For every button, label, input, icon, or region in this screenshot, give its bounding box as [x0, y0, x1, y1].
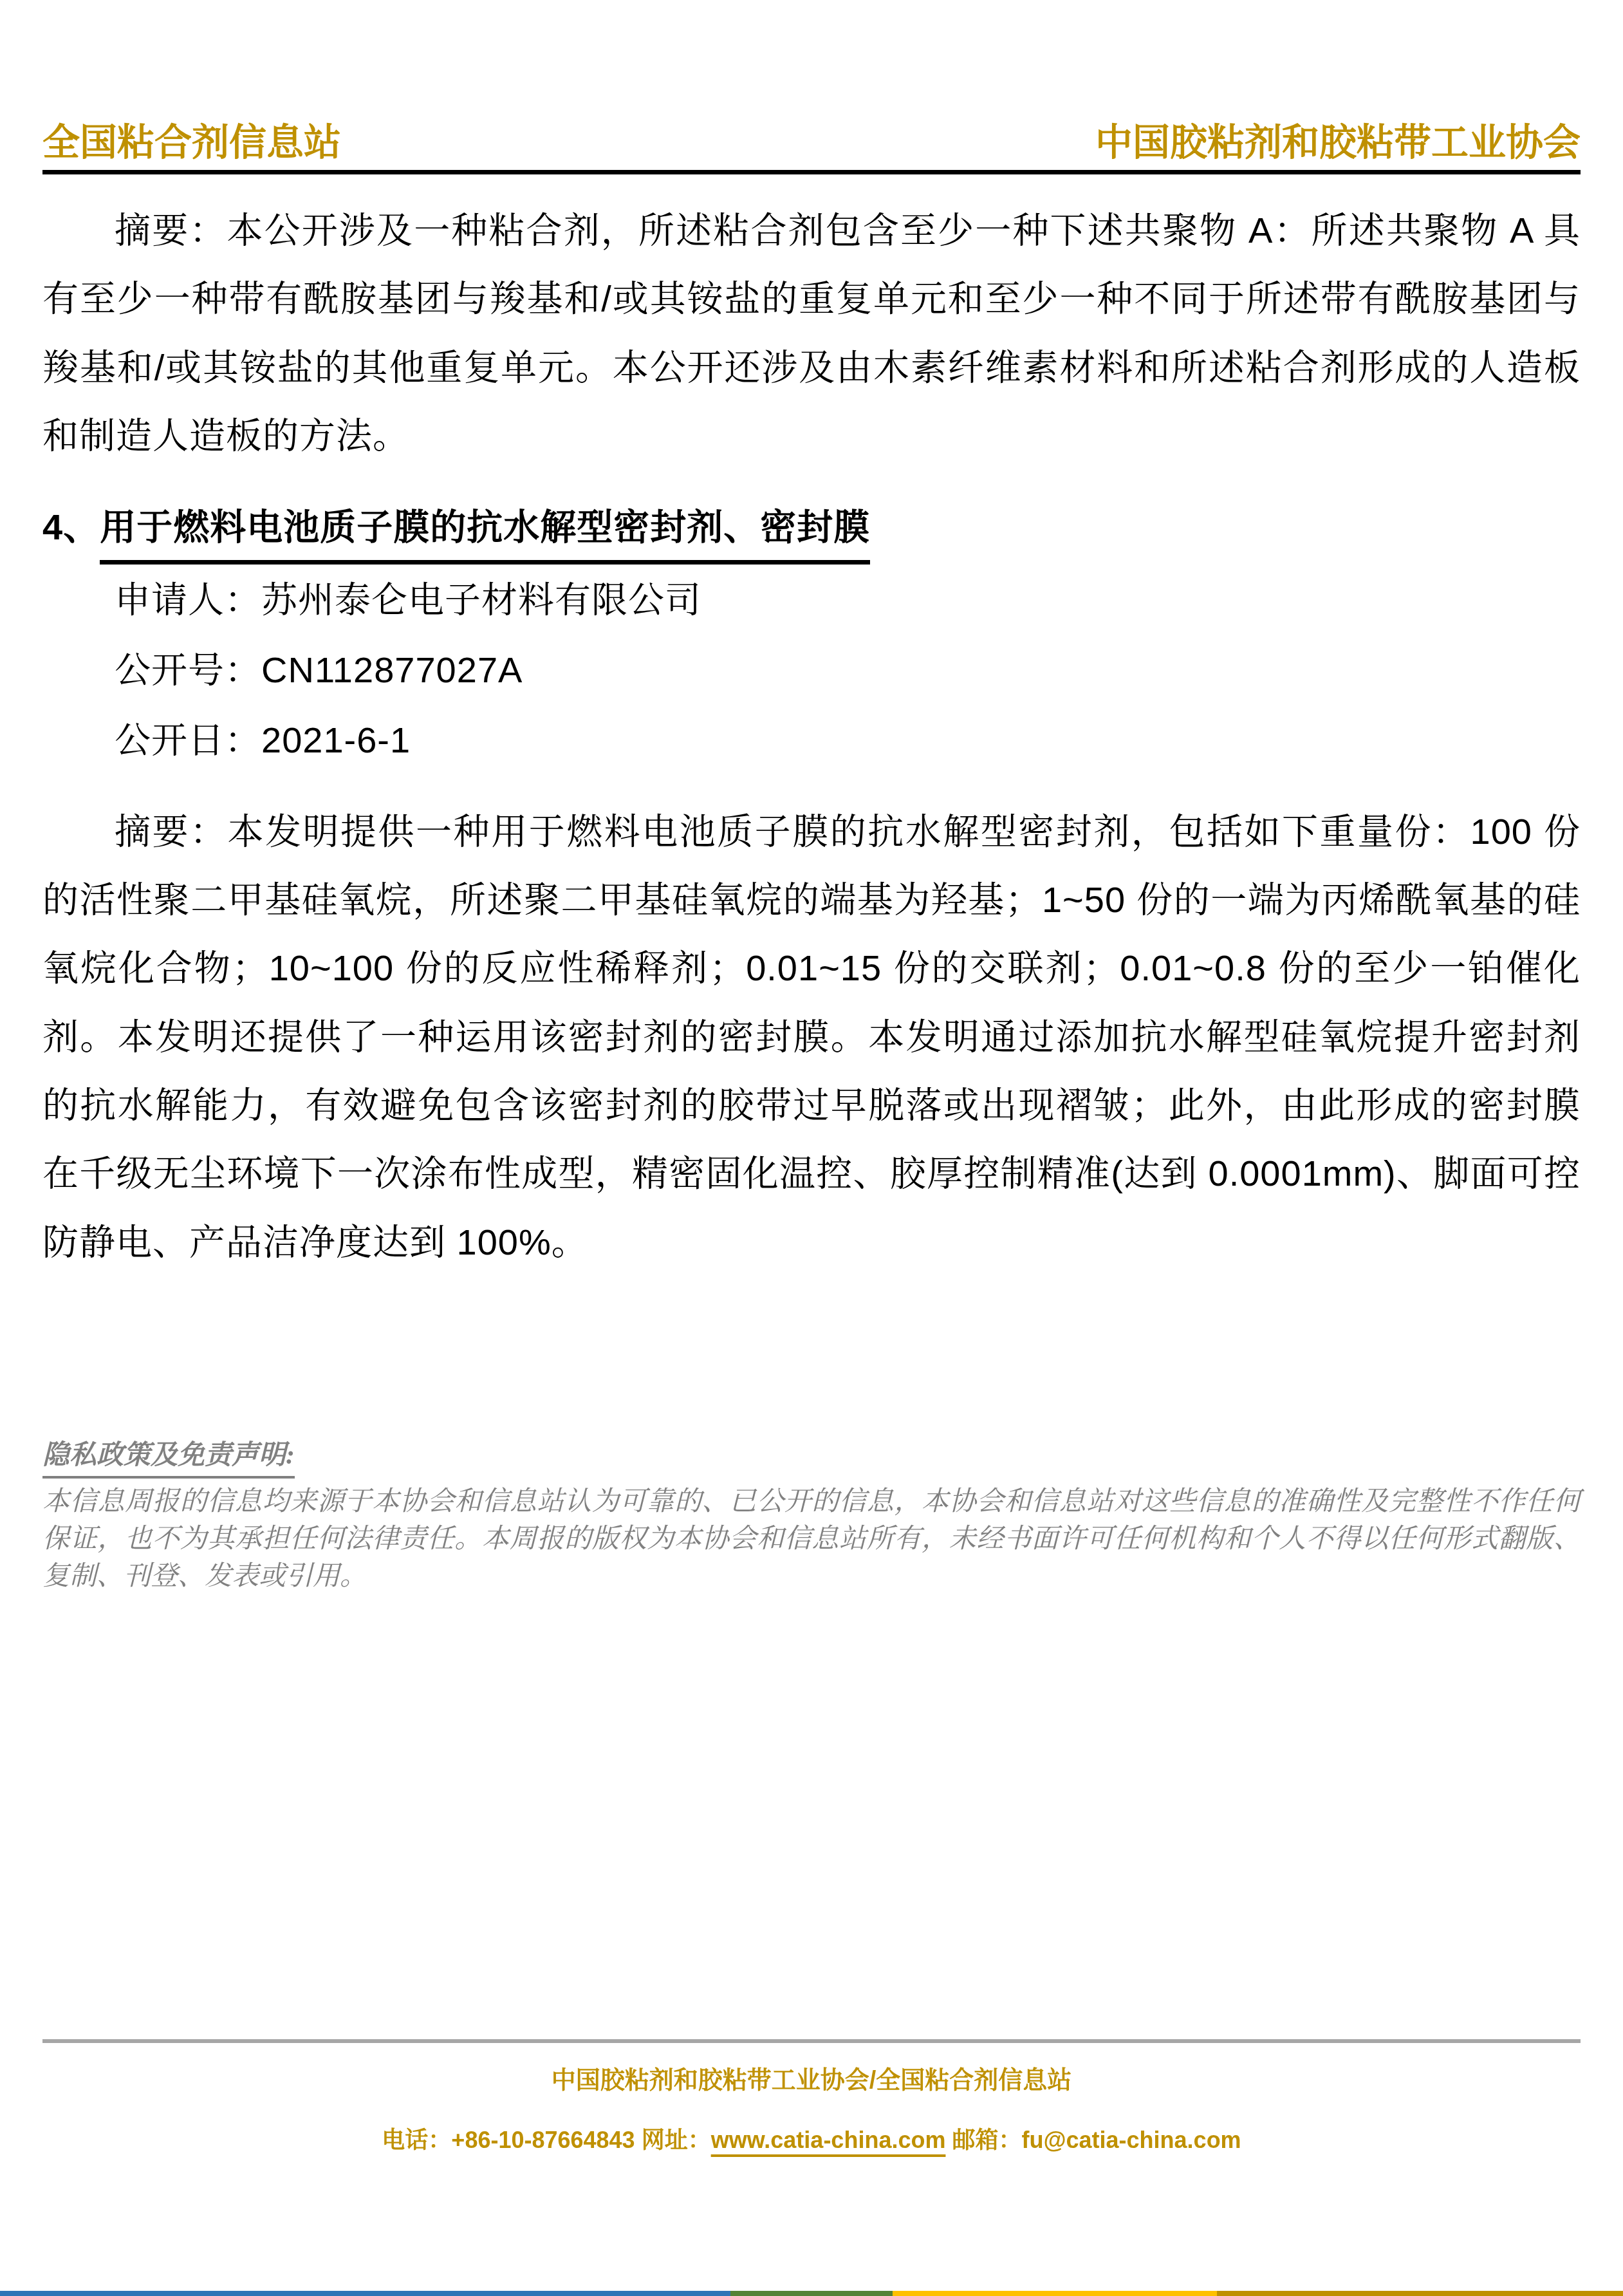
page-header: 全国粘合剂信息站 中国胶粘剂和胶粘带工业协会	[42, 122, 1581, 174]
document-body: 摘要：本公开涉及一种粘合剂，所述粘合剂包含至少一种下述共聚物 A：所述共聚物 A…	[42, 196, 1581, 1596]
patent-4-number: 4、	[42, 507, 100, 547]
header-left-title: 全国粘合剂信息站	[42, 122, 341, 163]
footer-divider	[42, 2039, 1581, 2043]
applicant-label: 申请人：	[115, 579, 261, 620]
previous-patent-abstract: 摘要：本公开涉及一种粘合剂，所述粘合剂包含至少一种下述共聚物 A：所述共聚物 A…	[42, 196, 1581, 471]
header-row: 全国粘合剂信息站 中国胶粘剂和胶粘带工业协会	[42, 122, 1581, 163]
website-link[interactable]: www.catia-china.com	[711, 2127, 946, 2153]
spacer-2	[945, 2127, 952, 2153]
publication-date-value: 2021-6-1	[261, 720, 411, 760]
patent-4-abstract: 摘要：本发明提供一种用于燃料电池质子膜的抗水解型密封剂，包括如下重量份：100 …	[42, 798, 1581, 1277]
strip-segment-olive	[1217, 2291, 1623, 2296]
footer-contact-line: 电话：+86-10-87664843 网址：www.catia-china.co…	[42, 2122, 1581, 2155]
patent-4-heading: 4、用于燃料电池质子膜的抗水解型密封剂、密封膜	[42, 498, 1581, 565]
applicant-value: 苏州泰仑电子材料有限公司	[261, 579, 701, 620]
strip-segment-blue	[0, 2291, 730, 2296]
website-label: 网址：	[642, 2127, 711, 2153]
email-label: 邮箱：	[952, 2127, 1021, 2153]
footer-organization: 中国胶粘剂和胶粘带工业协会/全国粘合剂信息站	[42, 2060, 1581, 2095]
publication-no-value: CN112877027A	[261, 649, 523, 690]
bottom-color-strip	[0, 2291, 1623, 2296]
document-page: 全国粘合剂信息站 中国胶粘剂和胶粘带工业协会 摘要：本公开涉及一种粘合剂，所述粘…	[0, 0, 1623, 2296]
disclaimer-title: 隐私政策及免责声明:	[42, 1437, 295, 1479]
patent-4-publication-date-line: 公开日：2021-6-1	[115, 705, 1581, 775]
header-right-title: 中国胶粘剂和胶粘带工业协会	[1095, 122, 1581, 163]
patent-4-applicant-line: 申请人：苏州泰仑电子材料有限公司	[115, 565, 1581, 635]
strip-segment-green	[730, 2291, 893, 2296]
disclaimer-body: 本信息周报的信息均来源于本协会和信息站认为可靠的、已公开的信息，本协会和信息站对…	[42, 1484, 1581, 1596]
strip-segment-yellow	[893, 2291, 1217, 2296]
patent-4-publication-no-line: 公开号：CN112877027A	[115, 635, 1581, 705]
header-divider	[42, 170, 1581, 174]
publication-no-label: 公开号：	[115, 649, 261, 690]
page-footer: 中国胶粘剂和胶粘带工业协会/全国粘合剂信息站 电话：+86-10-8766484…	[42, 2039, 1581, 2155]
disclaimer-section: 隐私政策及免责声明: 本信息周报的信息均来源于本协会和信息站认为可靠的、已公开的…	[42, 1437, 1581, 1596]
publication-date-label: 公开日：	[115, 720, 261, 760]
email-value: fu@catia-china.com	[1021, 2127, 1241, 2153]
phone-label: 电话：	[382, 2127, 451, 2153]
spacer-1	[635, 2127, 642, 2153]
patent-4-title: 用于燃料电池质子膜的抗水解型密封剂、密封膜	[100, 498, 870, 565]
phone-value: +86-10-87664843	[451, 2127, 635, 2153]
